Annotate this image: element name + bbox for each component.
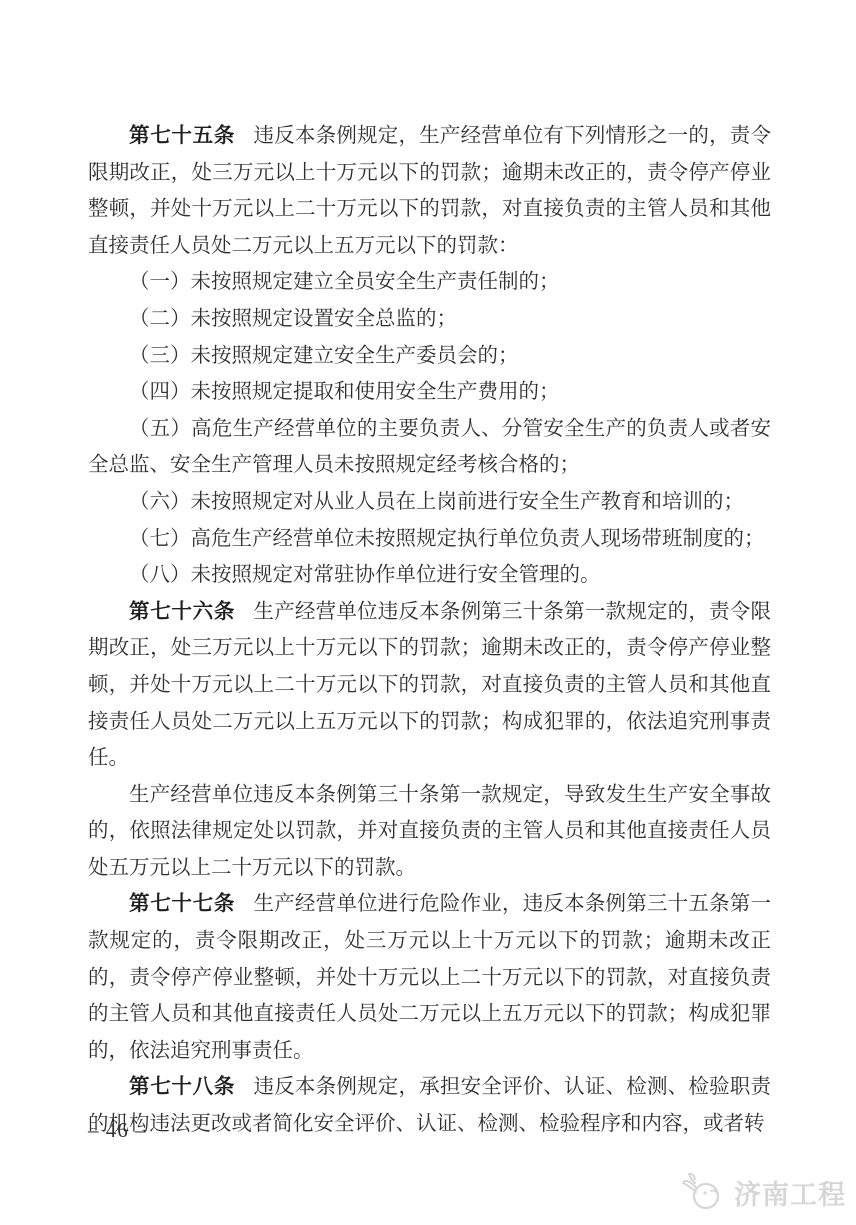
article-75-item-4: （四）未按照规定提取和使用安全生产费用的； [88, 374, 771, 411]
article-76-number: 第七十六条 [129, 600, 235, 623]
article-75-item-6: （六）未按照规定对从业人员在上岗前进行安全生产教育和培训的； [88, 484, 771, 521]
article-77-text: 生产经营单位进行危险作业，违反本条例第三十五条第一款规定的，责令限期改正，处三万… [88, 893, 771, 1061]
article-77-paragraph: 第七十七条生产经营单位进行危险作业，违反本条例第三十五条第一款规定的，责令限期改… [88, 886, 771, 1069]
article-76-paragraph-2: 生产经营单位违反本条例第三十条第一款规定，导致发生生产安全事故的，依照法律规定处… [88, 777, 771, 887]
article-75-item-7: （七）高危生产经营单位未按照规定执行单位负责人现场带班制度的； [88, 521, 771, 558]
bird-logo-icon [681, 1171, 727, 1213]
article-77-number: 第七十七条 [129, 892, 235, 915]
article-75-item-1: （一）未按照规定建立全员安全生产责任制的； [88, 264, 771, 301]
document-body: 第七十五条违反本条例规定，生产经营单位有下列情形之一的，责令限期改正，处三万元以… [88, 118, 771, 1143]
article-75-number: 第七十五条 [129, 124, 235, 147]
article-75-item-3: （三）未按照规定建立安全生产委员会的； [88, 338, 771, 375]
article-75-item-2: （二）未按照规定设置安全总监的； [88, 301, 771, 338]
page-number: – 46 – [88, 1118, 147, 1143]
article-78-number: 第七十八条 [129, 1075, 235, 1098]
publisher-watermark: 济南工程 [681, 1171, 846, 1213]
article-76-paragraph: 第七十六条生产经营单位违反本条例第三十条第一款规定的，责令限期改正，处三万元以上… [88, 594, 771, 777]
article-75-paragraph: 第七十五条违反本条例规定，生产经营单位有下列情形之一的，责令限期改正，处三万元以… [88, 118, 771, 264]
document-page: 第七十五条违反本条例规定，生产经营单位有下列情形之一的，责令限期改正，处三万元以… [0, 0, 856, 1225]
watermark-text: 济南工程 [734, 1173, 846, 1212]
article-76-text: 生产经营单位违反本条例第三十条第一款规定的，责令限期改正，处三万元以上十万元以下… [88, 601, 771, 769]
article-75-item-8: （八）未按照规定对常驻协作单位进行安全管理的。 [88, 557, 771, 594]
article-78-paragraph: 第七十八条违反本条例规定，承担安全评价、认证、检测、检验职责的机构违法更改或者简… [88, 1069, 771, 1142]
article-75-item-5: （五）高危生产经营单位的主要负责人、分管安全生产的负责人或者安全总监、安全生产管… [88, 411, 771, 484]
